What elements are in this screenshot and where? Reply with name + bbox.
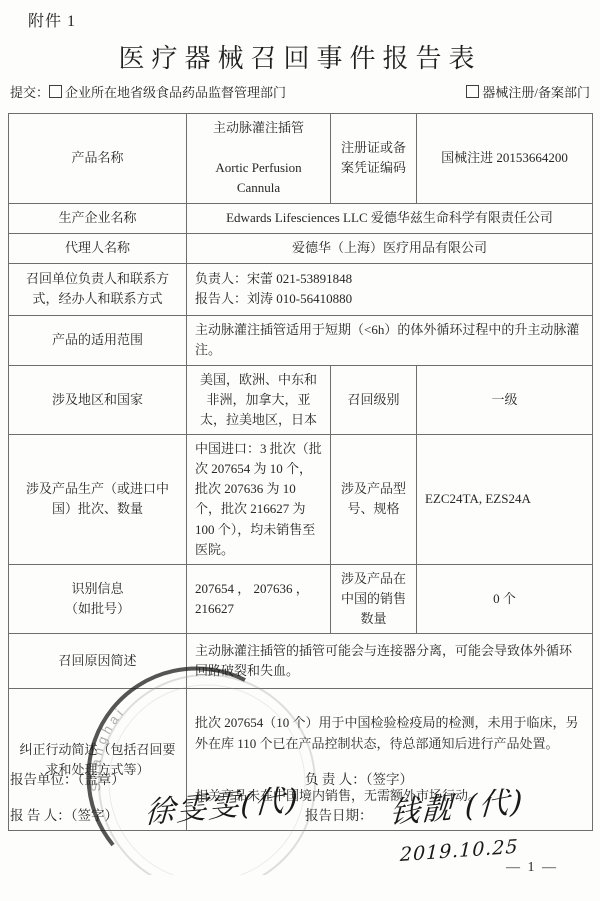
batches-value: 中国进口：3 批次（批次 207654 为 10 个，批次 207636 为 1… bbox=[187, 434, 331, 564]
row-scope: 产品的适用范围 主动脉灌注插管适用于短期（<6h）的体外循环过程中的升主动脉灌注… bbox=[9, 315, 593, 365]
footer-signature-area: 报告单位：（盖章） 负 责 人：（签字） 报 告 人：（签字） 徐雯雯(代) 报… bbox=[0, 752, 600, 901]
manufacturer-label: 生产企业名称 bbox=[9, 203, 187, 233]
product-name-label: 产品名称 bbox=[9, 114, 187, 204]
agent-label: 代理人名称 bbox=[9, 233, 187, 263]
contact-value: 负责人：宋蕾 021-53891848 报告人：刘涛 010-56410880 bbox=[187, 263, 593, 315]
models-label: 涉及产品型号、规格 bbox=[331, 434, 417, 564]
checkbox-registration-dept bbox=[466, 85, 479, 98]
responsible-person-label: 负 责 人：（签字） bbox=[305, 768, 413, 788]
report-date-label: 报告日期： bbox=[305, 804, 373, 824]
handwritten-date: 2019.10.25 bbox=[400, 836, 519, 866]
manufacturer-value: Edwards Lifesciences LLC 爱德华兹生命科学有限责任公司 bbox=[187, 203, 593, 233]
row-contacts: 召回单位负责人和联系方式，经办人和联系方式 负责人：宋蕾 021-5389184… bbox=[9, 263, 593, 315]
submit-left: 提交：企业所在地省级食品药品监督管理部门 bbox=[10, 82, 286, 101]
submit-prefix: 提交： bbox=[10, 85, 49, 100]
row-reason: 召回原因简述 主动脉灌注插管的插管可能会与连接器分离，可能会导致体外循环回路破裂… bbox=[9, 634, 593, 689]
id-label: 识别信息 （如批号） bbox=[9, 564, 187, 633]
reason-value: 主动脉灌注插管的插管可能会与连接器分离，可能会导致体外循环回路破裂和失血。 bbox=[187, 634, 593, 689]
submit-right: 器械注册/备案部门 bbox=[466, 82, 590, 101]
page-title: 医疗器械召回事件报告表 bbox=[0, 38, 600, 75]
checkbox-provincial-authority bbox=[49, 85, 62, 98]
reporter-label: 报 告 人：（签字） bbox=[10, 804, 118, 824]
reg-cert-label: 注册证或备案凭证编码 bbox=[331, 114, 417, 204]
reg-cert-value: 国械注进 20153664200 bbox=[417, 114, 593, 204]
submit-option-right-label: 器械注册/备案部门 bbox=[482, 85, 590, 100]
submit-option-left-label: 企业所在地省级食品药品监督管理部门 bbox=[65, 85, 286, 100]
agent-value: 爱德华（上海）医疗用品有限公司 bbox=[187, 233, 593, 263]
recall-report-table: 产品名称 主动脉灌注插管 Aortic Perfusion Cannula 注册… bbox=[8, 113, 593, 831]
row-batches: 涉及产品生产（或进口中国）批次、数量 中国进口：3 批次（批次 207654 为… bbox=[9, 434, 593, 564]
attachment-label: 附件 1 bbox=[28, 8, 76, 31]
recall-level-label: 召回级别 bbox=[331, 365, 417, 434]
scanned-recall-report-page: 附件 1 医疗器械召回事件报告表 提交：企业所在地省级食品药品监督管理部门 器械… bbox=[0, 0, 600, 901]
row-product-name: 产品名称 主动脉灌注插管 Aortic Perfusion Cannula 注册… bbox=[9, 114, 593, 204]
scope-label: 产品的适用范围 bbox=[9, 315, 187, 365]
china-sales-label: 涉及产品在中国的销售数量 bbox=[331, 564, 417, 633]
page-number: — 1 — bbox=[506, 860, 558, 876]
regions-value: 美国，欧洲、中东和非洲，加拿大，亚太，拉美地区，日本 bbox=[187, 365, 331, 434]
action-paragraph-1: 批次 207654（10 个）用于中国检验检疫局的检测，未用于临床，另外在库 1… bbox=[195, 713, 584, 753]
reporter-signature: 徐雯雯(代) bbox=[144, 774, 301, 832]
product-name-value: 主动脉灌注插管 Aortic Perfusion Cannula bbox=[187, 114, 331, 204]
recall-level-value: 一级 bbox=[417, 365, 593, 434]
row-manufacturer: 生产企业名称 Edwards Lifesciences LLC 爱德华兹生命科学… bbox=[9, 203, 593, 233]
submit-line: 提交：企业所在地省级食品药品监督管理部门 器械注册/备案部门 bbox=[10, 82, 590, 101]
regions-label: 涉及地区和国家 bbox=[9, 365, 187, 434]
row-identification: 识别信息 （如批号） 207654 ， 207636 ，216627 涉及产品在… bbox=[9, 564, 593, 633]
models-value: EZC24TA, EZS24A bbox=[417, 434, 593, 564]
scope-value: 主动脉灌注插管适用于短期（<6h）的体外循环过程中的升主动脉灌注。 bbox=[187, 315, 593, 365]
row-regions: 涉及地区和国家 美国，欧洲、中东和非洲，加拿大，亚太，拉美地区，日本 召回级别 … bbox=[9, 365, 593, 434]
reason-label: 召回原因简述 bbox=[9, 634, 187, 689]
id-value: 207654 ， 207636 ，216627 bbox=[187, 564, 331, 633]
china-sales-value: 0 个 bbox=[417, 564, 593, 633]
batches-label: 涉及产品生产（或进口中国）批次、数量 bbox=[9, 434, 187, 564]
row-agent: 代理人名称 爱德华（上海）医疗用品有限公司 bbox=[9, 233, 593, 263]
report-unit-label: 报告单位：（盖章） bbox=[10, 768, 125, 788]
contact-label: 召回单位负责人和联系方式，经办人和联系方式 bbox=[9, 263, 187, 315]
